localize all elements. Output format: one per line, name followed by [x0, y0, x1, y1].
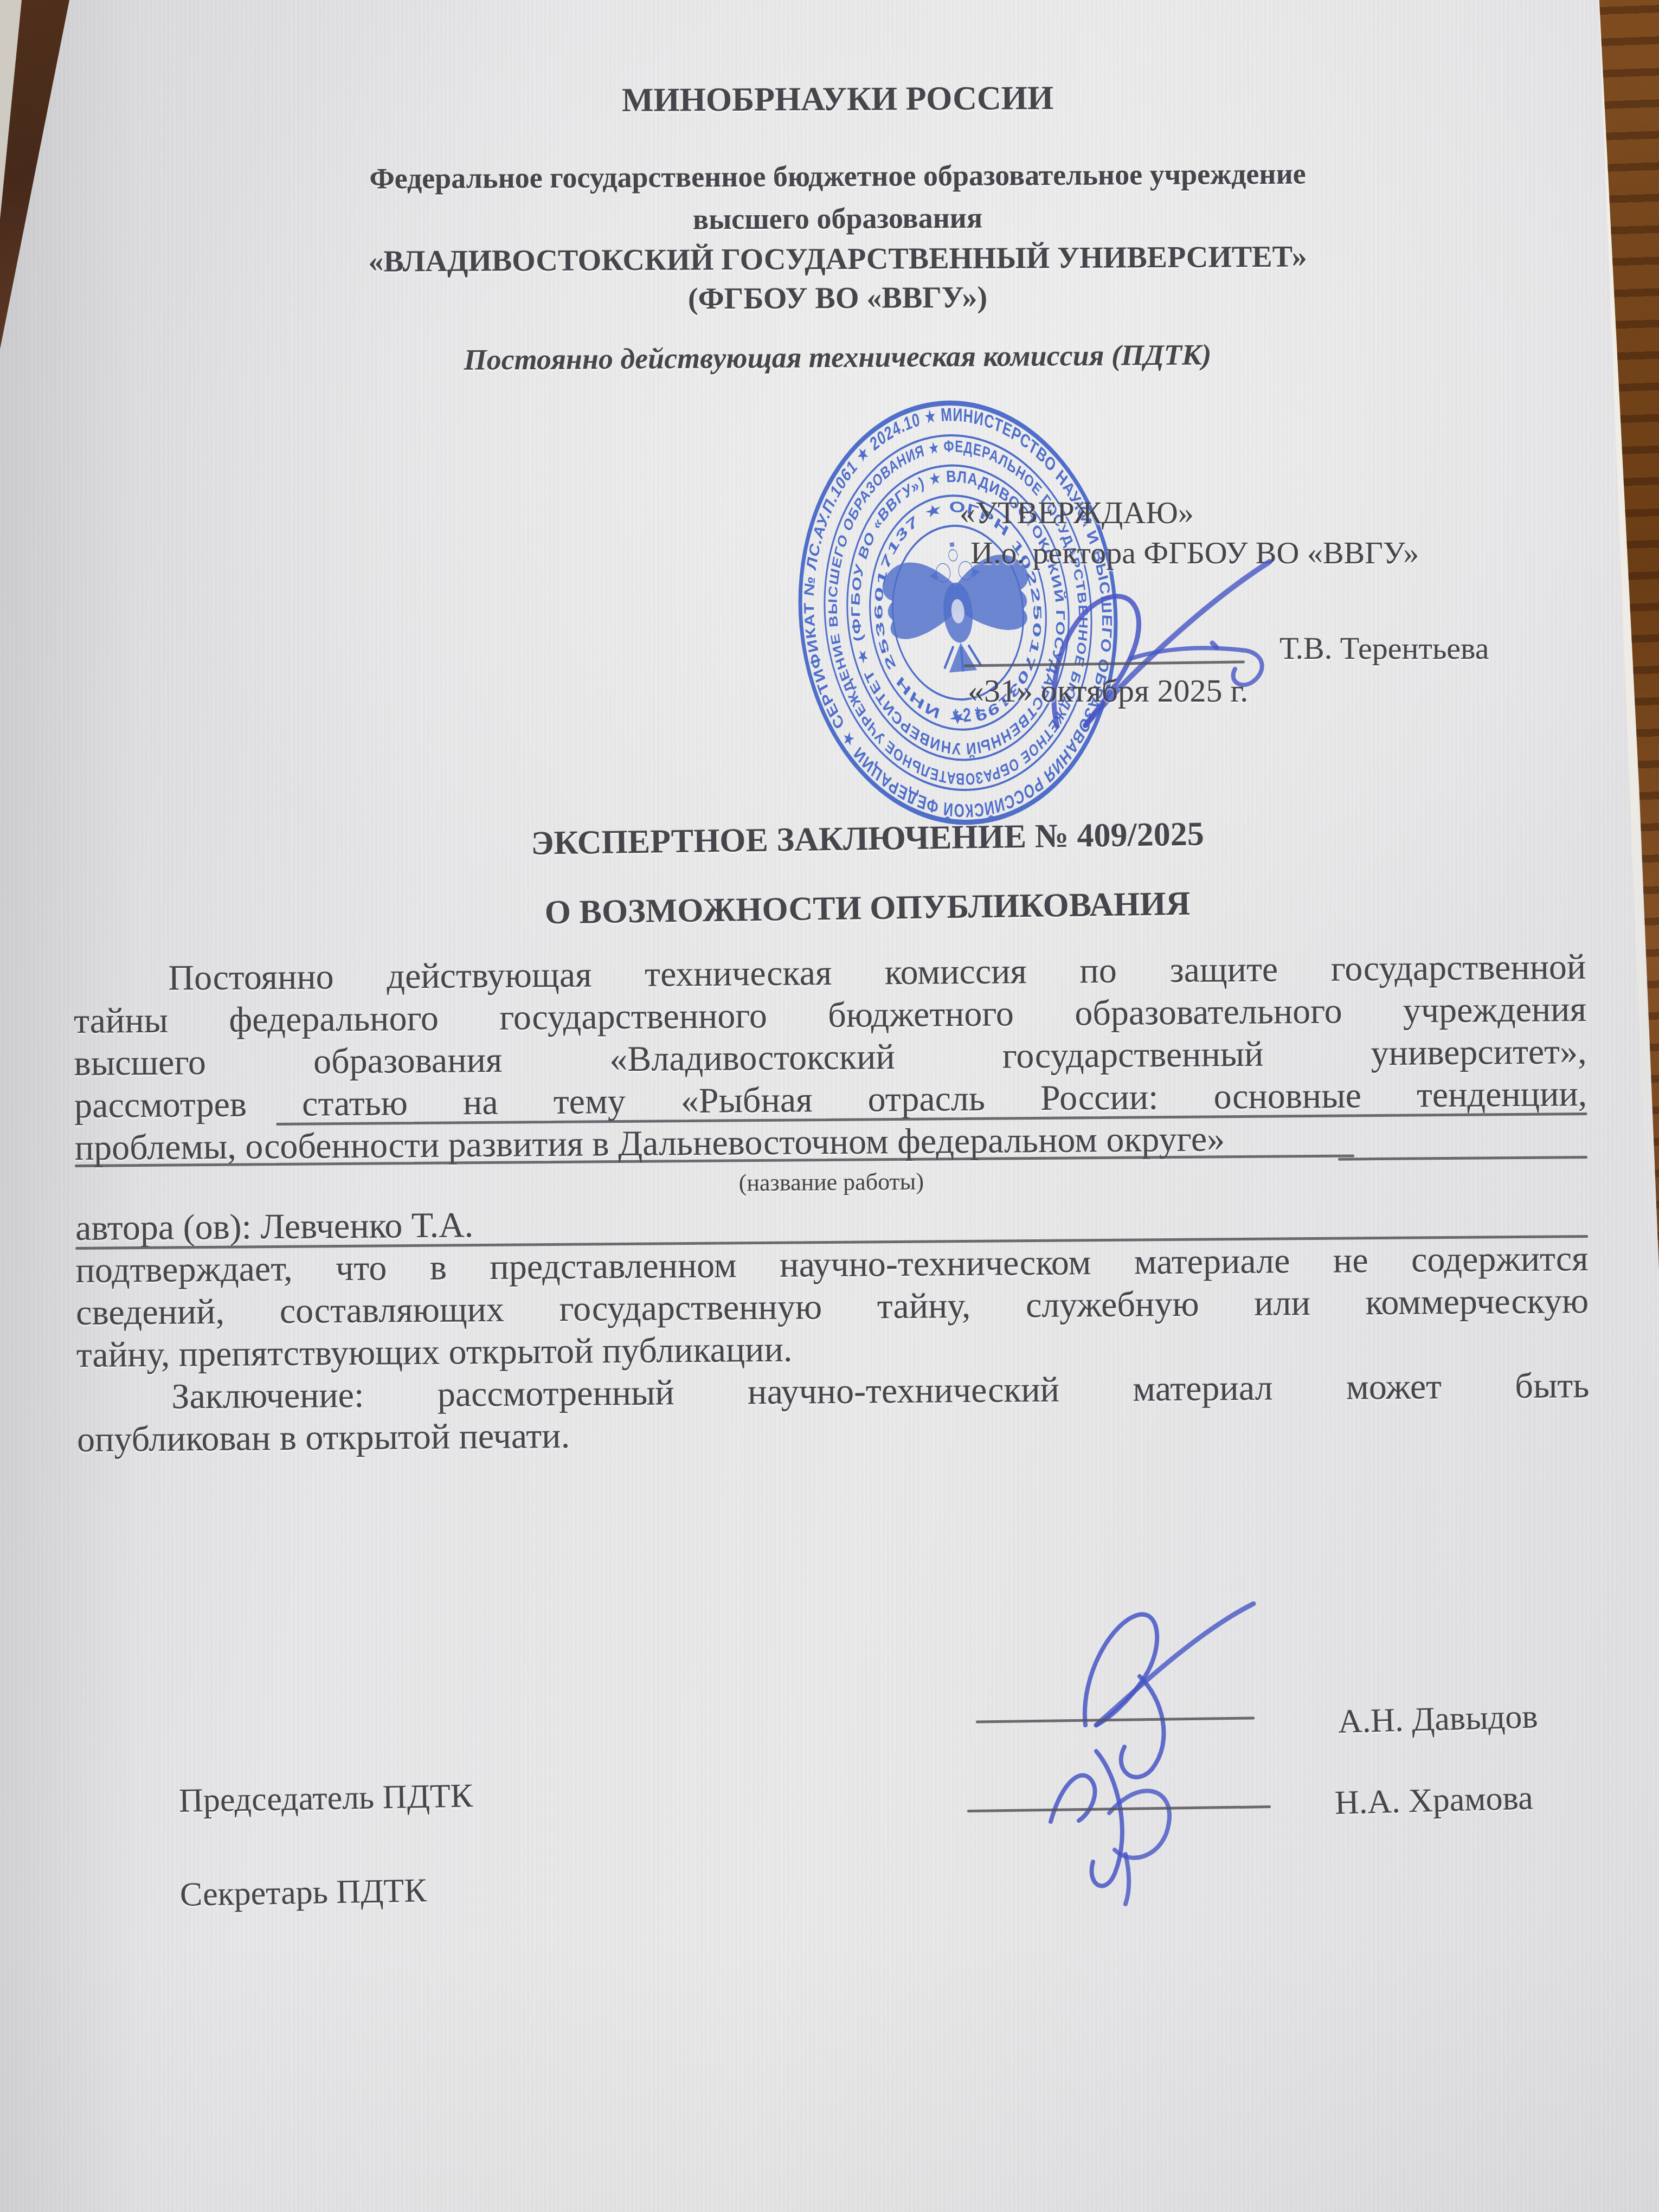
ministry-heading: МИНОБРНАУКИ РОССИИ: [81, 76, 1594, 123]
body-line4-prefix: рассмотрев: [74, 1084, 247, 1125]
body-paragraph: Постоянно действующая техническая комисс…: [73, 946, 1590, 1461]
approver-name: Т.В. Терентьева: [1279, 630, 1489, 666]
secretary-name: Н.А. Храмова: [1334, 1779, 1533, 1823]
secretary-role-label: Секретарь ПДТК: [179, 1872, 427, 1914]
secretary-signature: [1019, 1692, 1247, 1908]
rector-signature: [1019, 542, 1301, 770]
approval-date: «31» октября 2025 г.: [968, 672, 1248, 710]
paper-shadow-bottom: [0, 1941, 1659, 2212]
authors-value: автора (ов): Левченко Т.А.: [75, 1205, 474, 1248]
chairman-name: А.Н. Давыдов: [1338, 1697, 1538, 1741]
approve-label: «УТВЕРЖДАЮ»: [960, 494, 1194, 531]
chairman-role-label: Председатель ПДТК: [178, 1777, 473, 1820]
